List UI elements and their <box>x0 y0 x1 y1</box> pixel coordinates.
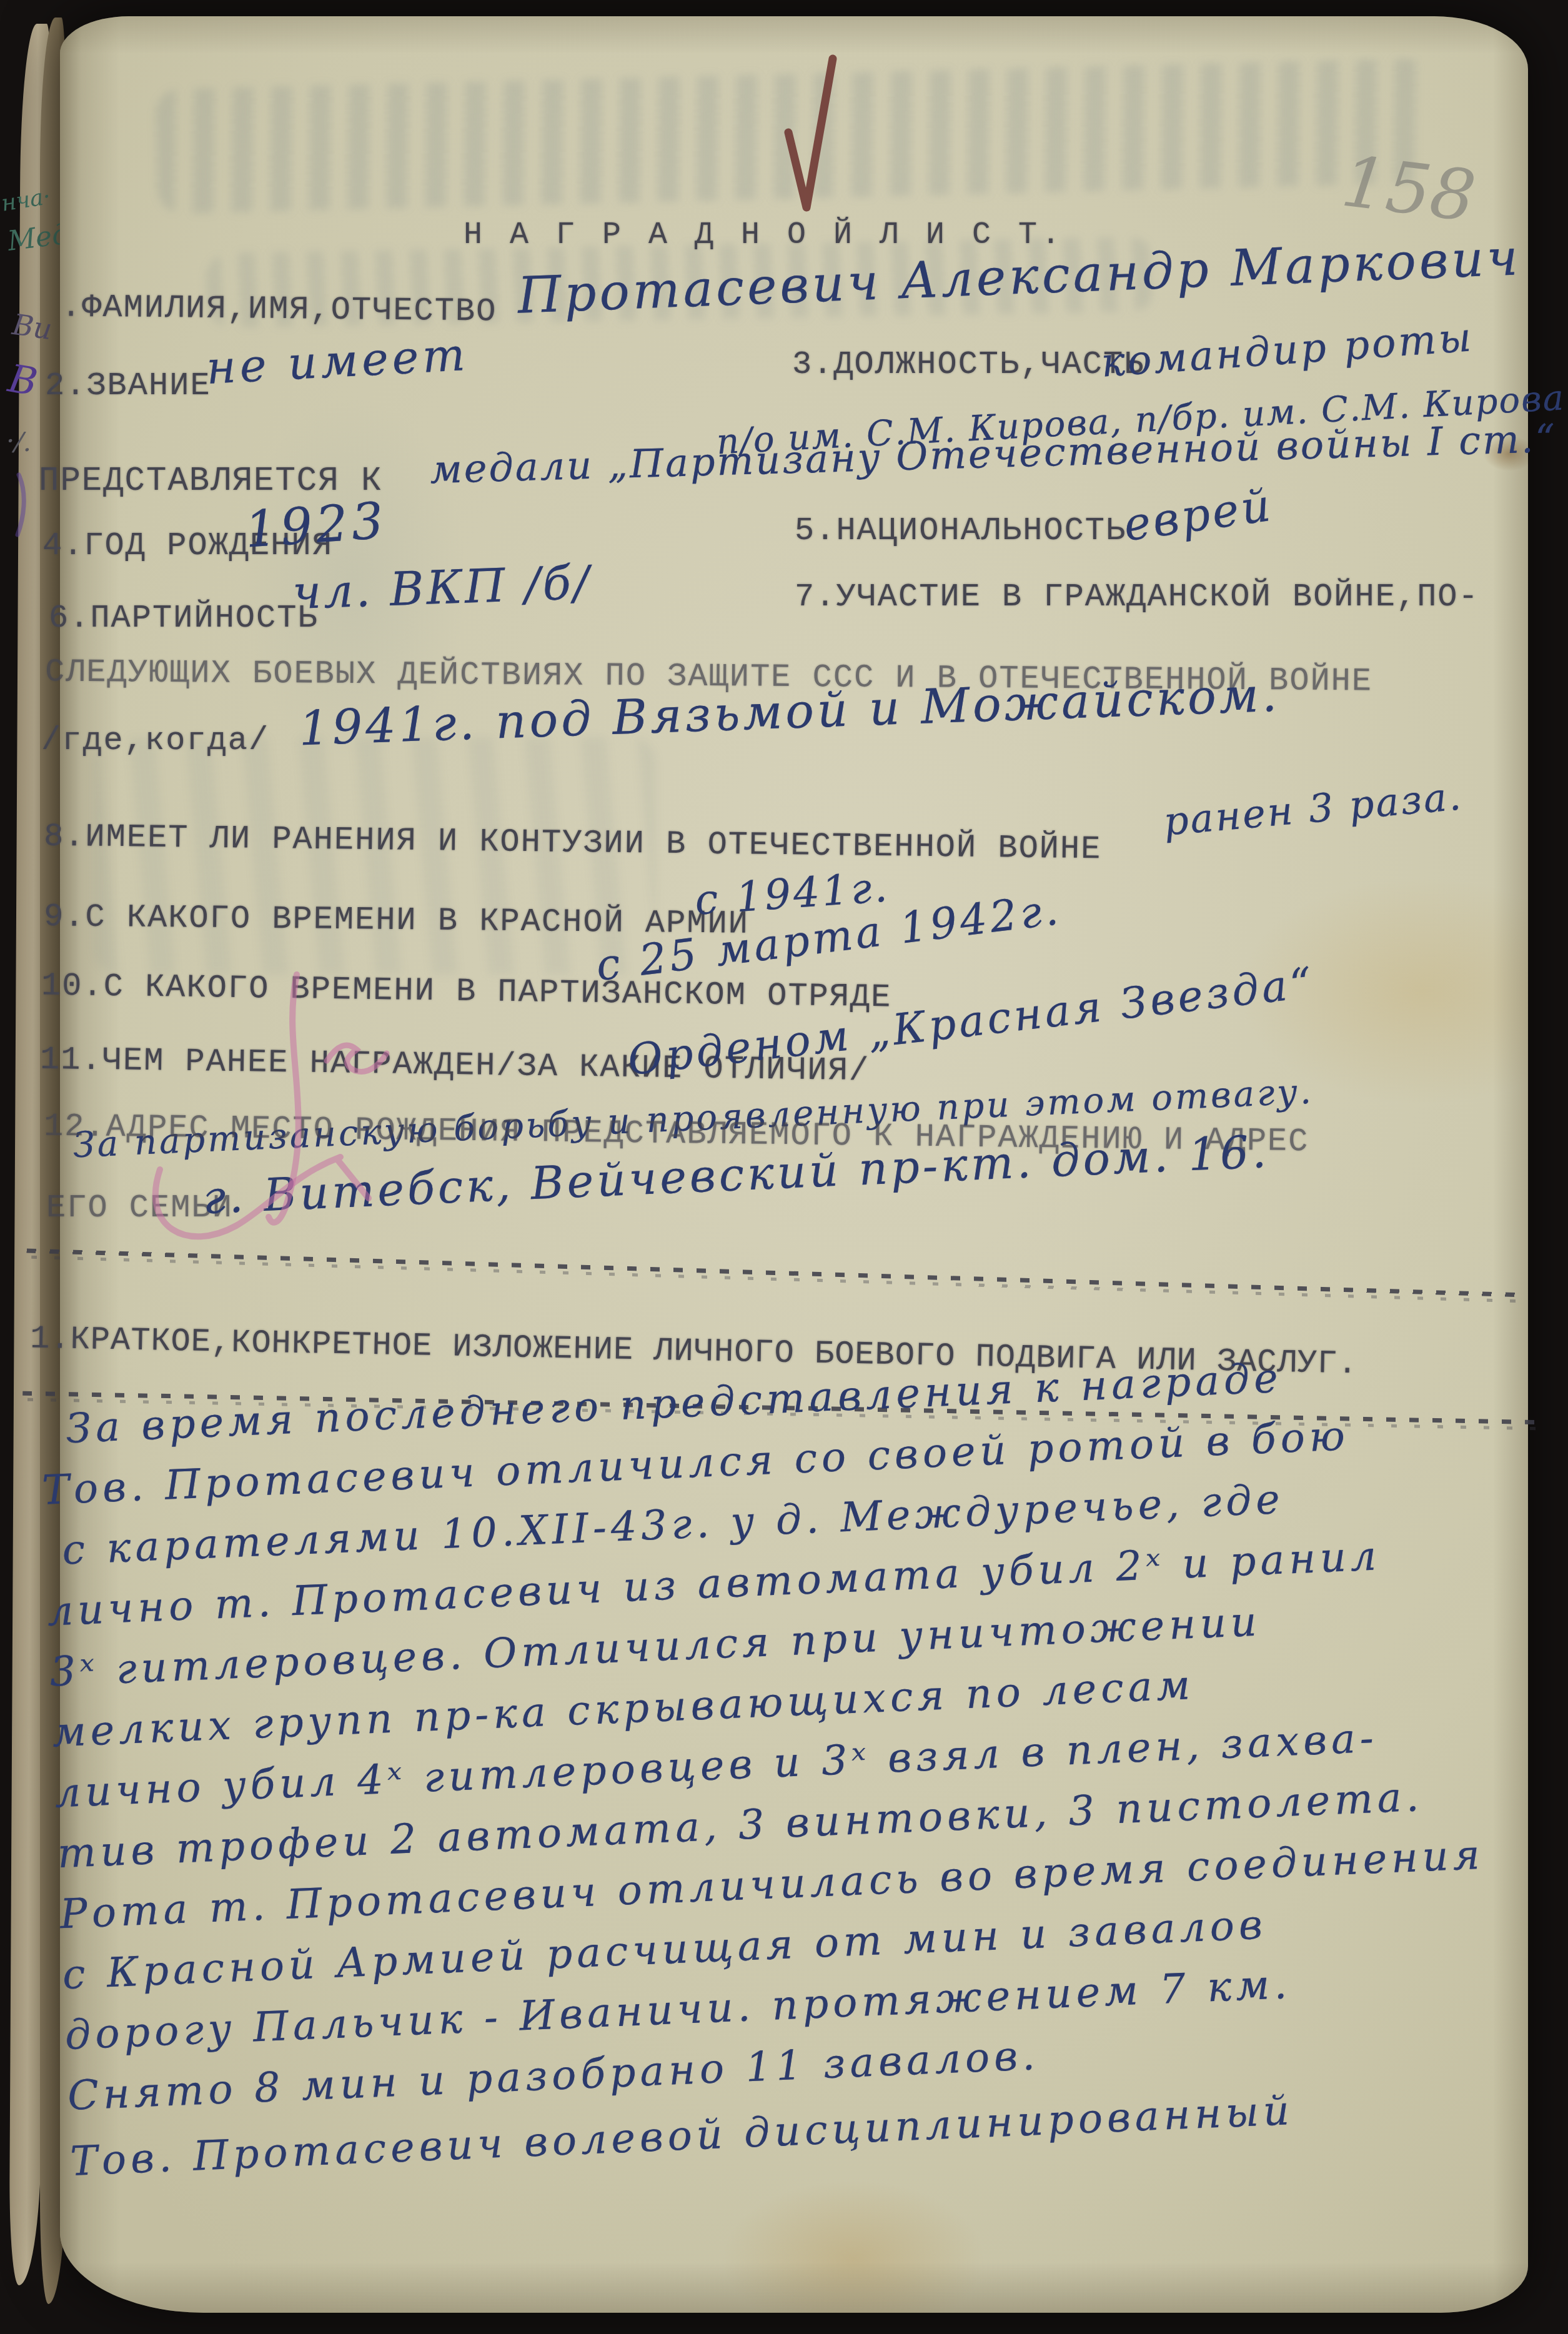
field-3-label: 3.ДОЛЖНОСТЬ,ЧАСТЬ <box>792 346 1145 383</box>
field-4-value: 1923 <box>243 491 389 559</box>
citation-body: За время последнего представления к нагр… <box>39 1344 1557 2199</box>
margin-fragment: Ви <box>11 307 54 346</box>
document-title: Н А Г Р А Д Н О Й Л И С Т. <box>464 217 1064 253</box>
field-5-label: 5.НАЦИОНАЛЬНОСТЬ <box>795 512 1126 549</box>
field-6-label: 6.ПАРТИЙНОСТЬ <box>49 600 319 637</box>
field-1-label: .ФАМИЛИЯ,ИМЯ,ОТЧЕСТВО <box>61 289 497 330</box>
field-7-label-line3: /где,когда/ <box>41 722 269 759</box>
field-2-label: 2.ЗВАНИЕ <box>45 367 211 404</box>
page-number: 158 <box>1337 141 1480 237</box>
field-6-value: чл. ВКП /б/ <box>292 556 593 620</box>
margin-fragment: ·/. <box>5 425 32 458</box>
field-7-label-line1: 7.УЧАСТИЕ В ГРАЖДАНСКОЙ ВОЙНЕ,ПО- <box>795 579 1479 615</box>
scanned-award-document: { "meta": { "page_number": "158" }, "tit… <box>0 0 1568 2334</box>
